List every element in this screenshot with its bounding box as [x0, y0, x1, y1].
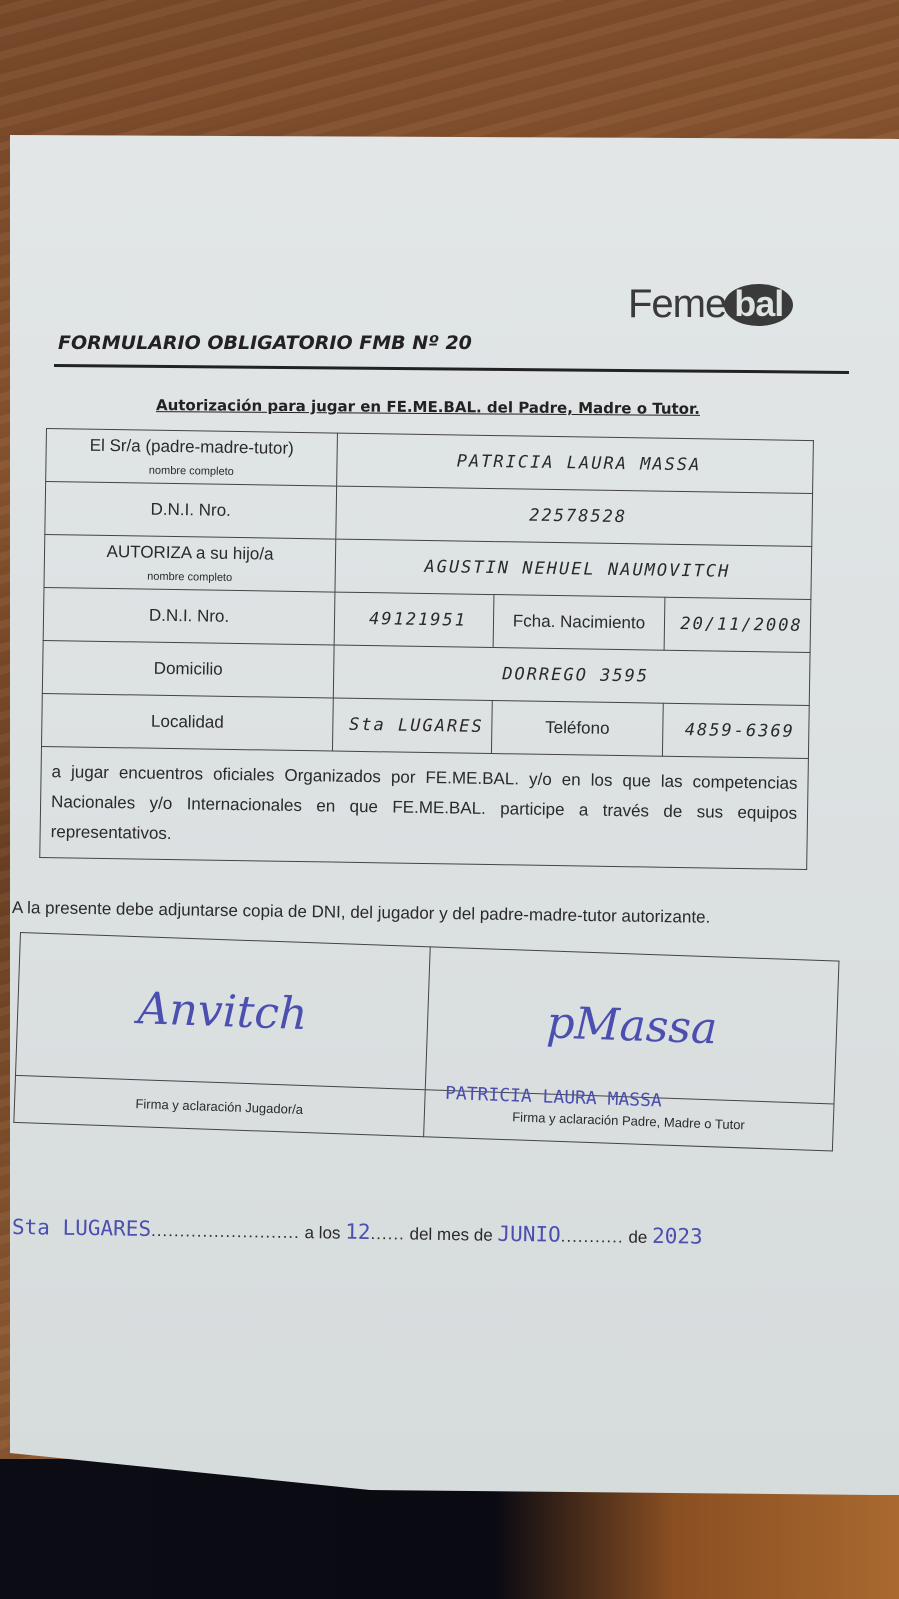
- child-label-cell: AUTORIZA a su hijo/a nombre completo: [44, 534, 336, 592]
- guardian-signature: pMassa: [546, 997, 719, 1054]
- authorization-table: El Sr/a (padre-madre-tutor) nombre compl…: [39, 428, 814, 870]
- city-field[interactable]: Sta LUGARES: [332, 698, 492, 753]
- guardian-dni-label: D.N.I. Nro.: [45, 482, 337, 540]
- guardian-label-cell: El Sr/a (padre-madre-tutor) nombre compl…: [46, 429, 338, 487]
- address-field[interactable]: DORREGO 3595: [333, 645, 810, 705]
- phone-field[interactable]: 4859-6369: [662, 703, 809, 758]
- del-mes-de-label: del mes de: [409, 1225, 492, 1245]
- guardian-label: El Sr/a (padre-madre-tutor): [90, 436, 294, 458]
- guardian-name-field[interactable]: PATRICIA LAURA MASSA: [337, 433, 814, 493]
- form-title: FORMULARIO OBLIGATORIO FMB Nº 20: [58, 332, 472, 354]
- day-field[interactable]: 12: [345, 1220, 371, 1244]
- player-signature: Anvitch: [137, 983, 308, 1040]
- form-subtitle: Autorización para jugar en FE.ME.BAL. de…: [156, 396, 700, 418]
- year-field[interactable]: 2023: [652, 1224, 703, 1249]
- day-dots: ......: [370, 1224, 405, 1243]
- guardian-signature-box[interactable]: pMassa PATRICIA LAURA MASSA: [425, 947, 839, 1104]
- femebal-logo: Femebal: [628, 282, 793, 327]
- logo-text: Feme: [628, 282, 726, 327]
- child-dni-label: D.N.I. Nro.: [43, 587, 335, 645]
- phone-label: Teléfono: [491, 701, 663, 757]
- authorization-text: a jugar encuentros oficiales Organizados…: [40, 746, 809, 869]
- address-label: Domicilio: [42, 640, 334, 698]
- month-field[interactable]: JUNIO: [497, 1222, 561, 1247]
- de-label: de: [628, 1228, 647, 1247]
- child-name-field[interactable]: AGUSTIN NEHUEL NAUMOVITCH: [335, 539, 812, 599]
- guardian-sublabel: nombre completo: [46, 463, 336, 480]
- month-dots: ...........: [561, 1227, 624, 1247]
- child-dni-field[interactable]: 49121951: [334, 592, 494, 647]
- player-signature-box[interactable]: Anvitch: [15, 933, 429, 1090]
- child-label: AUTORIZA a su hijo/a: [106, 542, 273, 564]
- place-field[interactable]: Sta LUGARES: [12, 1215, 151, 1241]
- logo-badge: bal: [724, 284, 793, 326]
- birth-date-label: Fcha. Nacimiento: [493, 595, 665, 651]
- a-los-label: a los: [304, 1223, 340, 1242]
- place-dots: ..........................: [151, 1221, 300, 1242]
- birth-date-field[interactable]: 20/11/2008: [664, 597, 811, 652]
- signature-table: Anvitch pMassa PATRICIA LAURA MASSA Firm…: [13, 932, 839, 1152]
- guardian-dni-field[interactable]: 22578528: [336, 486, 813, 546]
- child-sublabel: nombre completo: [45, 569, 335, 586]
- city-label: Localidad: [41, 693, 333, 751]
